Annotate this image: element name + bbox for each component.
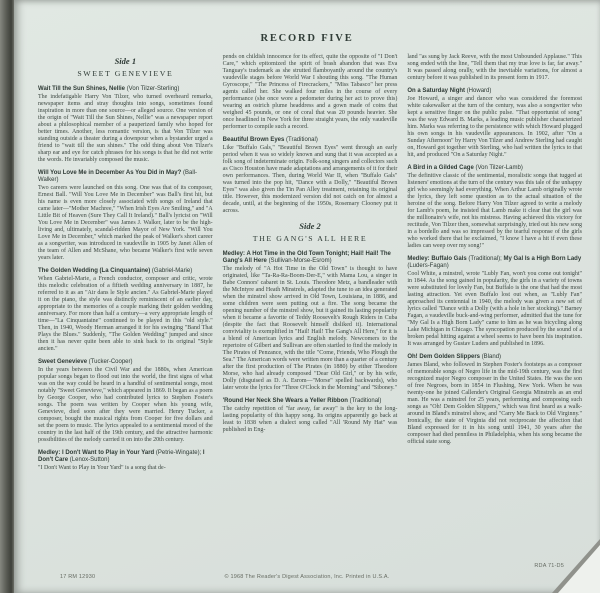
song-credit: (Sullivan-Morse-Esrom) (269, 258, 332, 264)
song-name: Sweet Genevieve (38, 359, 89, 365)
song-entry: Medley: I Don't Want to Play in Your Yar… (38, 450, 213, 472)
song-credit: (Lenox-Sutton) (70, 457, 110, 463)
song-credit: (Petrie-Wingate); (156, 450, 203, 456)
song-title: Wait Till the Sun Shines, Nellie (Von Ti… (38, 86, 213, 93)
song-title: Sweet Genevieve (Tucker-Cooper) (38, 359, 213, 366)
continuation-paragraph: land "as sung by Jack Reeve, with the mo… (407, 54, 582, 82)
song-name: Wait Till the Sun Shines, Nellie (38, 86, 127, 92)
song-body: The indefatigable Harry Von Tilzer, who … (38, 94, 213, 164)
song-title: Oh! Dem Golden Slippers (Bland) (407, 354, 582, 361)
song-body: "I Don't Want to Play in Your Yard" is a… (38, 465, 213, 472)
side-label: Side 2 (223, 221, 398, 231)
song-credit: (Luders-Fagan) (407, 263, 448, 269)
record-title: RECORD FIVE (14, 0, 600, 44)
song-title: Medley: I Don't Want to Play in Your Yar… (38, 450, 213, 464)
song-body: Cool White, a minstrel, wrote "Lubly Fan… (407, 271, 582, 348)
song-name: A Bird in a Gilded Cage (407, 165, 475, 171)
song-entry: Will You Love Me in December As You Did … (38, 170, 213, 262)
song-title: Will You Love Me in December As You Did … (38, 170, 213, 184)
song-title: The Golden Wedding (La Cinquantaine) (Ga… (38, 268, 213, 275)
song-credit: (Bland) (482, 354, 501, 360)
side-heading: Side 1SWEET GENEVIEVE (38, 56, 213, 78)
liner-notes-page: RECORD FIVE Side 1SWEET GENEVIEVEWait Ti… (14, 0, 600, 593)
song-body: Joe Howard, a singer and dancer who was … (407, 96, 582, 159)
side-title: SWEET GENEVIEVE (38, 69, 213, 78)
copyright-line: © 1968 The Reader's Digest Association, … (14, 574, 600, 580)
song-name: Medley: Buffalo Gals (407, 256, 468, 262)
song-title: 'Round Her Neck She Wears a Yeller Ribbo… (223, 398, 398, 405)
song-credit: (Howard) (467, 88, 492, 94)
song-entry: On a Saturday Night (Howard)Joe Howard, … (407, 88, 582, 159)
side-title: THE GANG'S ALL HERE (223, 234, 398, 243)
continuation-paragraph: pends on childish innocence for its effe… (223, 54, 398, 131)
song-credit: (Von Tilzer-Sterling) (127, 86, 180, 92)
song-entry: The Golden Wedding (La Cinquantaine) (Ga… (38, 268, 213, 353)
song-body: The catchy repetition of "far away, far … (223, 406, 398, 434)
song-entry: Medley: A Hot Time in the Old Town Tonig… (223, 251, 398, 392)
song-credit: (Traditional) (286, 137, 318, 143)
song-title: Medley: Buffalo Gals (Traditional); My G… (407, 256, 582, 270)
song-body: The melody of "A Hot Time in the Old Tow… (223, 266, 398, 392)
song-entry: Beautiful Brown Eyes (Traditional)Like "… (223, 137, 398, 215)
song-body: pends on childish innocence for its effe… (223, 54, 398, 131)
song-name: Oh! Dem Golden Slippers (407, 354, 481, 360)
song-title: Beautiful Brown Eyes (Traditional) (223, 137, 398, 144)
song-title: A Bird in a Gilded Cage (Von Tilzer-Lamb… (407, 165, 582, 172)
column-right: land "as sung by Jack Reeve, with the mo… (407, 54, 582, 478)
song-entry: Oh! Dem Golden Slippers (Bland)James Bla… (407, 354, 582, 446)
text-columns: Side 1SWEET GENEVIEVEWait Till the Sun S… (14, 44, 600, 478)
song-entry: A Bird in a Gilded Cage (Von Tilzer-Lamb… (407, 165, 582, 250)
side-heading: Side 2THE GANG'S ALL HERE (223, 221, 398, 243)
page-corner-fold (558, 545, 600, 593)
song-credit: (Gabriel-Marie) (152, 268, 192, 274)
song-name: Will You Love Me in December As You Did … (38, 170, 183, 176)
song-entry: Sweet Genevieve (Tucker-Cooper)In the ye… (38, 359, 213, 444)
song-body: James Bland, who followed in Stephen Fos… (407, 362, 582, 446)
song-body: land "as sung by Jack Reeve, with the mo… (407, 54, 582, 82)
song-title: Medley: A Hot Time in the Old Town Tonig… (223, 251, 398, 265)
song-credit: (Von Tilzer-Lamb) (475, 165, 522, 171)
song-name: The Golden Wedding (La Cinquantaine) (38, 268, 152, 274)
song-entry: 'Round Her Neck She Wears a Yeller Ribbo… (223, 398, 398, 434)
song-name: On a Saturday Night (407, 88, 466, 94)
song-entry: Wait Till the Sun Shines, Nellie (Von Ti… (38, 86, 213, 164)
song-credit: (Traditional) (350, 398, 382, 404)
song-credit: (Tucker-Cooper) (89, 359, 133, 365)
sleeve-spine-shadow (0, 0, 14, 593)
song-credit: (Traditional); (468, 256, 503, 262)
song-name: Medley: I Don't Want to Play in Your Yar… (38, 450, 156, 456)
song-body: Two careers were launched on this song. … (38, 185, 213, 262)
song-body: When Gabriel-Marie, a French conductor, … (38, 276, 213, 353)
song-body: The definitive classic of the sentimenta… (407, 173, 582, 250)
side-label: Side 1 (38, 56, 213, 66)
song-title: On a Saturday Night (Howard) (407, 88, 582, 95)
song-body: Like "Buffalo Gals," "Beautiful Brown Ey… (223, 145, 398, 215)
column-left: Side 1SWEET GENEVIEVEWait Till the Sun S… (38, 54, 213, 478)
song-name: 'Round Her Neck She Wears a Yeller Ribbo… (223, 398, 350, 404)
song-body: In the years between the Civil War and t… (38, 367, 213, 444)
song-name: Beautiful Brown Eyes (223, 137, 286, 143)
column-middle: pends on childish innocence for its effe… (223, 54, 398, 478)
song-entry: Medley: Buffalo Gals (Traditional); My G… (407, 256, 582, 348)
song-name: My Gal Is a High Born Lady (503, 256, 581, 262)
